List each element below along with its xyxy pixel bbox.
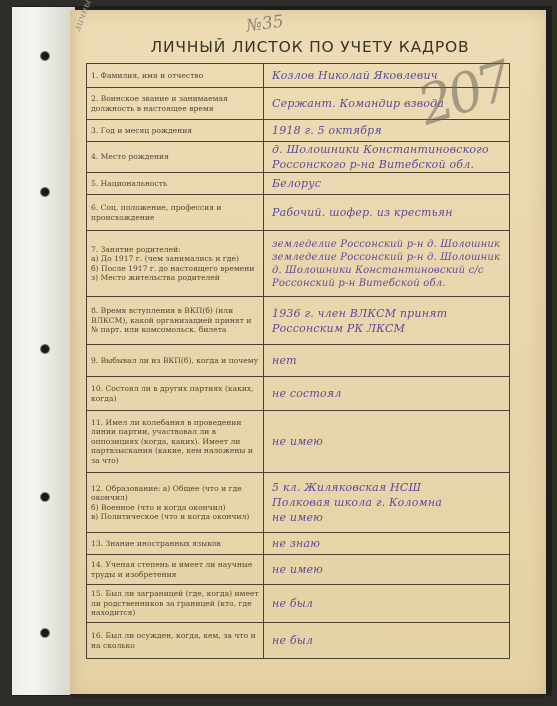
question-text: 6. Соц. положение, профессия и происхожд… bbox=[91, 203, 259, 222]
question-text: 2. Воинское звание и занимаемая должност… bbox=[91, 94, 259, 113]
punch-hole bbox=[41, 493, 49, 501]
handwritten-answer-line: не имею bbox=[272, 510, 501, 525]
form-question: 15. Был ли заграницей (где, когда) имеет… bbox=[87, 585, 264, 623]
form-answer: 5 кл. Жиляковская НСШПолковая школа г. К… bbox=[264, 473, 510, 533]
form-answer: 1936 г. член ВЛКСМ принятРоссонским РК Л… bbox=[264, 297, 510, 345]
form-row: 10. Состоял ли в других партиях (каких, … bbox=[87, 377, 510, 411]
form-question: 12. Образование: а) Общее (что и где око… bbox=[87, 473, 264, 533]
question-text: 3. Год и месяц рождения bbox=[91, 126, 259, 135]
form-answer: не знаю bbox=[264, 533, 510, 555]
form-answer: не был bbox=[264, 585, 510, 623]
handwritten-answer-line: Россонским РК ЛКСМ bbox=[272, 321, 501, 336]
question-text: 15. Был ли заграницей (где, когда) имеет… bbox=[91, 589, 259, 617]
form-answer: д. Шолошники КонстантиновскогоРоссонског… bbox=[264, 142, 510, 173]
handwritten-answer-line: не был bbox=[272, 633, 501, 648]
question-text: 10. Состоял ли в других партиях (каких, … bbox=[91, 384, 259, 403]
form-question: 10. Состоял ли в других партиях (каких, … bbox=[87, 377, 264, 411]
form-answer: Белорус bbox=[264, 173, 510, 195]
handwritten-answer-line: не состоял bbox=[272, 386, 501, 401]
form-question: 14. Ученая степень и имеет ли научные тр… bbox=[87, 555, 264, 585]
form-row: 11. Имел ли колебания в проведении линии… bbox=[87, 411, 510, 473]
handwritten-answer-line: нет bbox=[272, 353, 501, 368]
form-answer: не состоял bbox=[264, 377, 510, 411]
question-text: 11. Имел ли колебания в проведении линии… bbox=[91, 418, 259, 465]
form-answer: нет bbox=[264, 345, 510, 377]
handwritten-answer-line: 1936 г. член ВЛКСМ принят bbox=[272, 306, 501, 321]
form-question: 3. Год и месяц рождения bbox=[87, 120, 264, 142]
handwritten-answer-line: Россонского р-на Витебской обл. bbox=[272, 157, 501, 172]
handwritten-answer-line: д. Шолошники Константиновский с/с bbox=[272, 264, 501, 277]
form-question: 2. Воинское звание и занимаемая должност… bbox=[87, 88, 264, 120]
form-row: 7. Занятие родителей: а) До 1917 г. (чем… bbox=[87, 231, 510, 297]
question-text: 5. Национальность bbox=[91, 179, 259, 188]
question-text: 12. Образование: а) Общее (что и где око… bbox=[91, 484, 259, 522]
handwritten-answer-line: не имею bbox=[272, 562, 501, 577]
handwritten-answer-line: д. Шолошники Константиновского bbox=[272, 142, 501, 157]
punch-hole bbox=[41, 52, 49, 60]
question-text: 16. Был ли осужден, когда, кем, за что и… bbox=[91, 631, 259, 650]
form-question: 11. Имел ли колебания в проведении линии… bbox=[87, 411, 264, 473]
handwritten-answer-line: Белорус bbox=[272, 176, 501, 191]
handwritten-answer-line: 5 кл. Жиляковская НСШ bbox=[272, 480, 501, 495]
handwritten-answer-line: земледелие Россонский р-н д. Шолошники. bbox=[272, 238, 501, 251]
form-question: 1. Фамилия, имя и отчество bbox=[87, 64, 264, 88]
punch-hole bbox=[41, 188, 49, 196]
form-question: 9. Выбывал ли из ВКП(б), когда и почему bbox=[87, 345, 264, 377]
punch-hole bbox=[41, 345, 49, 353]
question-text: 9. Выбывал ли из ВКП(б), когда и почему bbox=[91, 356, 259, 365]
handwritten-answer-line: не был bbox=[272, 596, 501, 611]
sheet-edge bbox=[70, 10, 78, 698]
form-row: 15. Был ли заграницей (где, когда) имеет… bbox=[87, 585, 510, 623]
handwritten-answer-line: Россонский р-н Витебской обл. bbox=[272, 277, 501, 290]
question-text: 14. Ученая степень и имеет ли научные тр… bbox=[91, 560, 259, 579]
form-row: 8. Время вступления в ВКП(б) (или ВЛКСМ)… bbox=[87, 297, 510, 345]
form-row: 6. Соц. положение, профессия и происхожд… bbox=[87, 195, 510, 231]
form-answer: земледелие Россонский р-н д. Шолошники.з… bbox=[264, 231, 510, 297]
form-row: 9. Выбывал ли из ВКП(б), когда и почемун… bbox=[87, 345, 510, 377]
handwritten-answer-line: Рабочий. шофер. из крестьян bbox=[272, 205, 501, 220]
personnel-form-table: 1. Фамилия, имя и отчествоКозлов Николай… bbox=[86, 63, 510, 659]
form-answer: Рабочий. шофер. из крестьян bbox=[264, 195, 510, 231]
form-question: 6. Соц. положение, профессия и происхожд… bbox=[87, 195, 264, 231]
form-row: 4. Место рожденияд. Шолошники Константин… bbox=[87, 142, 510, 173]
form-row: 13. Знание иностранных языковне знаю bbox=[87, 533, 510, 555]
form-row: 16. Был ли осужден, когда, кем, за что и… bbox=[87, 623, 510, 659]
handwritten-answer-line: не знаю bbox=[272, 536, 501, 551]
question-text: 13. Знание иностранных языков bbox=[91, 539, 259, 548]
punch-hole bbox=[41, 629, 49, 637]
form-question: 13. Знание иностранных языков bbox=[87, 533, 264, 555]
handwritten-answer-line: не имею bbox=[272, 434, 501, 449]
handwritten-answer-line: Полковая школа г. Коломна bbox=[272, 495, 501, 510]
question-text: 4. Место рождения bbox=[91, 152, 259, 161]
form-answer: не был bbox=[264, 623, 510, 659]
form-question: 5. Национальность bbox=[87, 173, 264, 195]
form-row: 14. Ученая степень и имеет ли научные тр… bbox=[87, 555, 510, 585]
binder-strip bbox=[12, 7, 75, 695]
form-question: 8. Время вступления в ВКП(б) (или ВЛКСМ)… bbox=[87, 297, 264, 345]
form-question: 4. Место рождения bbox=[87, 142, 264, 173]
form-row: 5. НациональностьБелорус bbox=[87, 173, 510, 195]
form-question: 16. Был ли осужден, когда, кем, за что и… bbox=[87, 623, 264, 659]
sheet-bottom-shadow bbox=[70, 694, 546, 698]
form-row: 12. Образование: а) Общее (что и где око… bbox=[87, 473, 510, 533]
handwritten-answer-line: земледелие Россонский р-н д. Шолошники bbox=[272, 251, 501, 264]
question-text: 7. Занятие родителей: а) До 1917 г. (чем… bbox=[91, 245, 259, 283]
form-answer: не имею bbox=[264, 411, 510, 473]
page-title: ЛИЧНЫЙ ЛИСТОК ПО УЧЕТУ КАДРОВ bbox=[76, 38, 544, 56]
form-question: 7. Занятие родителей: а) До 1917 г. (чем… bbox=[87, 231, 264, 297]
question-text: 1. Фамилия, имя и отчество bbox=[91, 71, 259, 80]
form-answer: не имею bbox=[264, 555, 510, 585]
question-text: 8. Время вступления в ВКП(б) (или ВЛКСМ)… bbox=[91, 306, 259, 334]
